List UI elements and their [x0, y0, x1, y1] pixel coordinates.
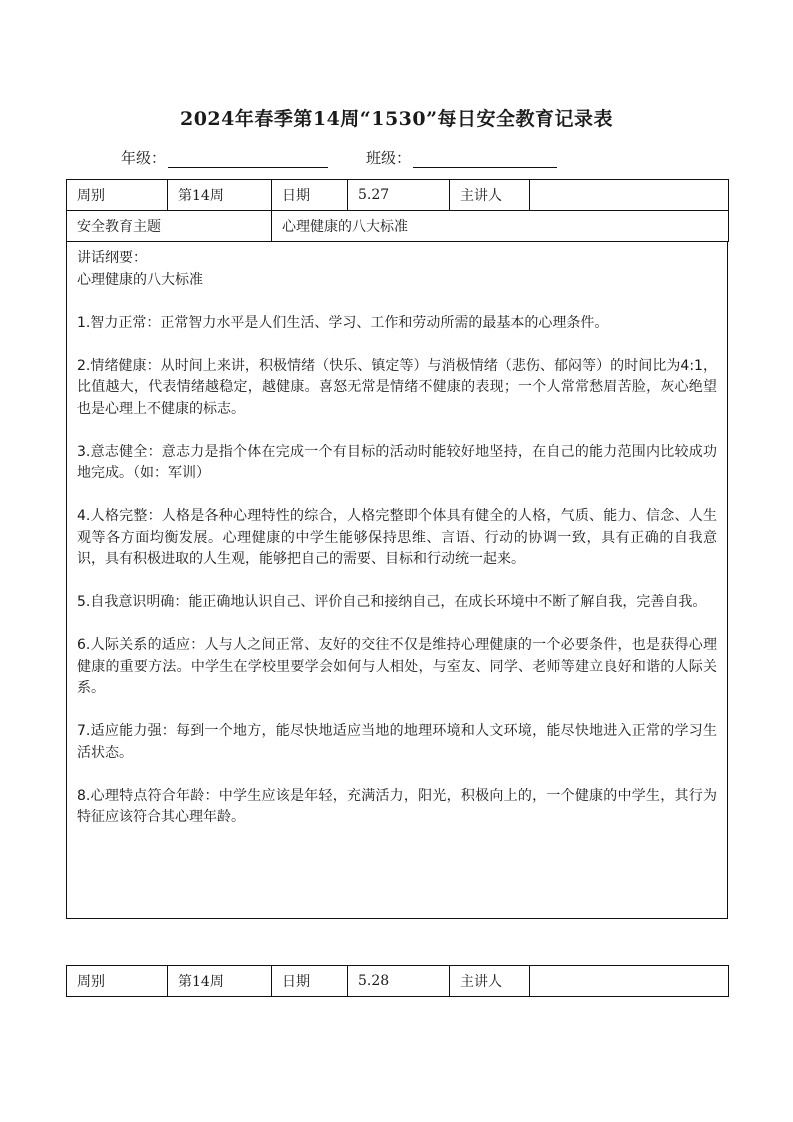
outline-label: 讲话纲要： [77, 248, 717, 270]
grade-input-line[interactable] [168, 151, 328, 168]
class-label: 班级： [366, 149, 411, 167]
document-title: 2024年春季第14周“1530”每日安全教育记录表 [0, 104, 793, 131]
date-value: 5.28 [348, 966, 450, 997]
topic-label: 安全教育主题 [67, 211, 272, 242]
outline-heading: 心理健康的八大标准 [77, 270, 717, 292]
date-value: 5.27 [348, 180, 450, 211]
point-5: 5.自我意识明确：能正确地认识自己、评价自己和接纳自己，在成长环境中不断了解自我… [77, 592, 717, 614]
week-label: 周别 [67, 180, 168, 211]
speaker-value[interactable] [530, 966, 729, 997]
record-2-header-row: 周别 第14周 日期 5.28 主讲人 [67, 966, 729, 997]
speaker-label: 主讲人 [450, 966, 530, 997]
record-1-topic-row: 安全教育主题 心理健康的八大标准 [67, 211, 729, 242]
point-8: 8.心理特点符合年龄：中学生应该是年轻，充满活力，阳光，积极向上的，一个健康的中… [77, 786, 717, 829]
record-1-header-row: 周别 第14周 日期 5.27 主讲人 [67, 180, 729, 211]
record-table-2: 周别 第14周 日期 5.28 主讲人 [66, 965, 729, 997]
class-input-line[interactable] [413, 151, 557, 168]
point-2: 2.情绪健康：从时间上来讲，积极情绪（快乐、镇定等）与消极情绪（悲伤、郁闷等）的… [77, 356, 717, 421]
point-1: 1.智力正常：正常智力水平是人们生活、学习、工作和劳动所需的最基本的心理条件。 [77, 313, 717, 335]
week-label: 周别 [67, 966, 168, 997]
topic-value: 心理健康的八大标准 [272, 211, 729, 242]
speaker-value[interactable] [530, 180, 729, 211]
date-label: 日期 [272, 966, 348, 997]
week-value: 第14周 [168, 180, 272, 211]
outline-box: 讲话纲要： 心理健康的八大标准 1.智力正常：正常智力水平是人们生活、学习、工作… [66, 242, 728, 919]
week-value: 第14周 [168, 966, 272, 997]
point-6: 6.人际关系的适应：人与人之间正常、友好的交往不仅是维持心理健康的一个必要条件，… [77, 635, 717, 700]
class-field: 班级： [366, 147, 557, 168]
grade-field: 年级： [121, 147, 328, 168]
point-7: 7.适应能力强：每到一个地方，能尽快地适应当地的地理环境和人文环境，能尽快地进入… [77, 721, 717, 764]
grade-label: 年级： [121, 149, 166, 167]
point-3: 3.意志健全：意志力是指个体在完成一个有目标的活动时能较好地坚持，在自己的能力范… [77, 442, 717, 485]
point-4: 4.人格完整：人格是各种心理特性的综合，人格完整即个体具有健全的人格，气质、能力… [77, 506, 717, 571]
speaker-label: 主讲人 [450, 180, 530, 211]
record-table-1: 周别 第14周 日期 5.27 主讲人 安全教育主题 心理健康的八大标准 [66, 179, 729, 242]
date-label: 日期 [272, 180, 348, 211]
